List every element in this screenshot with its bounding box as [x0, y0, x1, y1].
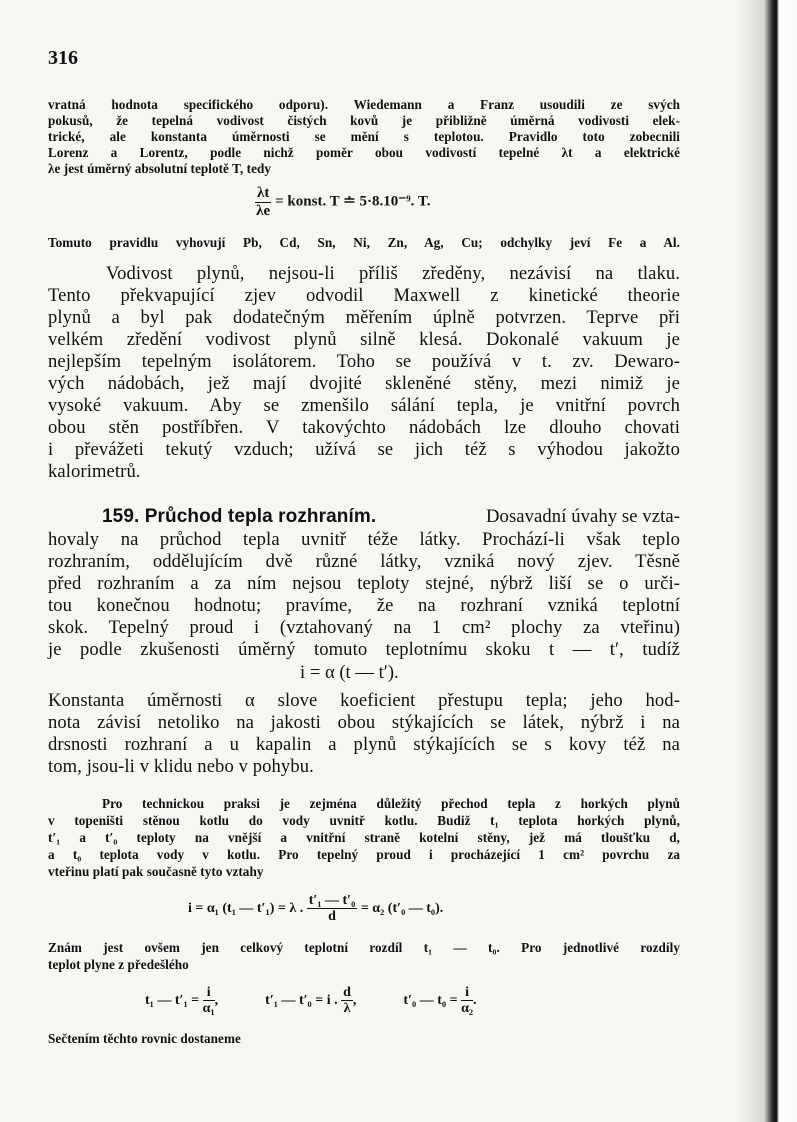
page-number: 316	[48, 47, 78, 70]
text-line: tou konečnou hodnotu; pravíme, že na roz…	[48, 595, 680, 617]
text-line: velkém zředění vodivost plynů silně kles…	[48, 329, 680, 351]
text-line: skok. Tepelný proud i (vztahovaný na 1 c…	[48, 617, 680, 639]
text-line: tom, jsou-li v klidu nebo v pohybu.	[48, 756, 680, 778]
text-line: λe jest úměrný absolutní teplotě T, tedy	[48, 161, 680, 177]
fraction: λt λe	[255, 185, 271, 219]
text-line: nejlepším tepelným isolátorem. Toho se p…	[48, 351, 680, 373]
text-line: i převážeti tekutý vzduch; užívá se jich…	[48, 439, 680, 461]
paragraph-metals: Tomuto pravidlu vyhovují Pb, Cd, Sn, Ni,…	[48, 235, 680, 251]
text-line: t′₁ a t′₀ teploty na vnější a vnitřní st…	[48, 830, 680, 846]
fraction: iα₂	[461, 985, 473, 1017]
text-line: nota závisí netoliko na jakosti obou stý…	[48, 712, 680, 734]
text-line: vratná hodnota specifického odporu). Wie…	[48, 97, 680, 113]
equation: t₁ — t′₁ = iα₁,	[145, 993, 222, 1008]
text-line: vteřinu platí pak současně tyto vztahy	[48, 864, 680, 880]
section-first-line: 159. Průchod tepla rozhraním. Dosavadní …	[102, 506, 680, 528]
text-line: kalorimetrů.	[48, 461, 680, 483]
text-line: rozhraním, oddělujícím dvě různé látky, …	[48, 551, 680, 573]
text-line: obou stěn postříbřen. V takovýchto nádob…	[48, 417, 680, 439]
fraction: t′₁ — t′₀ d	[307, 893, 358, 925]
fraction: iα₁	[203, 985, 215, 1017]
text-line: pokusů, že tepelná vodivost čistých kovů…	[48, 113, 680, 129]
text-line: a t₀ teplota vody v kotlu. Pro tepelný p…	[48, 847, 680, 863]
paragraph-summation: Sečtením těchto rovnic dostaneme	[48, 1031, 680, 1047]
text-line: před rozhraním a za ním nejsou teploty s…	[48, 573, 680, 595]
text-line: teplot plyne z předešlého	[48, 957, 680, 973]
text-line: Znám jest ovšem jen celkový teplotní roz…	[48, 940, 680, 956]
formula-lorenz: λt λe = konst. T ≐ 5·8.10⁻⁹. T.	[255, 185, 431, 219]
text-line: trické, ale konstanta úměrnosti se mění …	[48, 129, 680, 145]
section-heading: 159. Průchod tepla rozhraním.	[102, 506, 376, 528]
text-line: hovaly na průchod tepla uvnitř téže látk…	[48, 529, 680, 551]
formula-partial-differences: t₁ — t′₁ = iα₁, t′₁ — t′₀ = i . dλ, t′₀ …	[145, 985, 477, 1017]
text-line: plynů a byl pak dodatečným měřením úplně…	[48, 307, 680, 329]
text-line: vysoké vakuum. Aby se zmenšilo sálání te…	[48, 395, 680, 417]
text-line: drsnosti rozhraní a u kapalin a plynů st…	[48, 734, 680, 756]
equation: t′₁ — t′₀ = i . dλ,	[265, 993, 360, 1008]
text-line: je podle zkušenosti úměrný tomuto teplot…	[48, 639, 680, 661]
text-line: Lorenz a Lorentz, podle nichž poměr obou…	[48, 145, 680, 161]
page-binding-edge	[737, 0, 797, 1122]
fraction: dλ	[341, 985, 353, 1017]
text-line: Tento překvapující zjev odvodil Maxwell …	[48, 285, 680, 307]
formula-boiler-flow: i = α₁ (t₁ — t′₁) = λ . t′₁ — t′₀ d = α₂…	[188, 893, 443, 925]
text-line: v topeništi stěnou kotlu do vody uvnitř …	[48, 813, 680, 829]
equation: t′₀ — t₀ = iα₂.	[403, 993, 476, 1008]
text-line: Vodivost plynů, nejsou-li příliš zředěny…	[106, 263, 680, 285]
formula-heat-flow: i = α (t — t′).	[300, 662, 399, 684]
text-line: Konstanta úměrnosti α slove koeficient p…	[48, 690, 680, 712]
text-line: Pro technickou praksi je zejména důležit…	[102, 796, 680, 812]
text-line: vých nádobách, jež mají dvojité skleněné…	[48, 373, 680, 395]
